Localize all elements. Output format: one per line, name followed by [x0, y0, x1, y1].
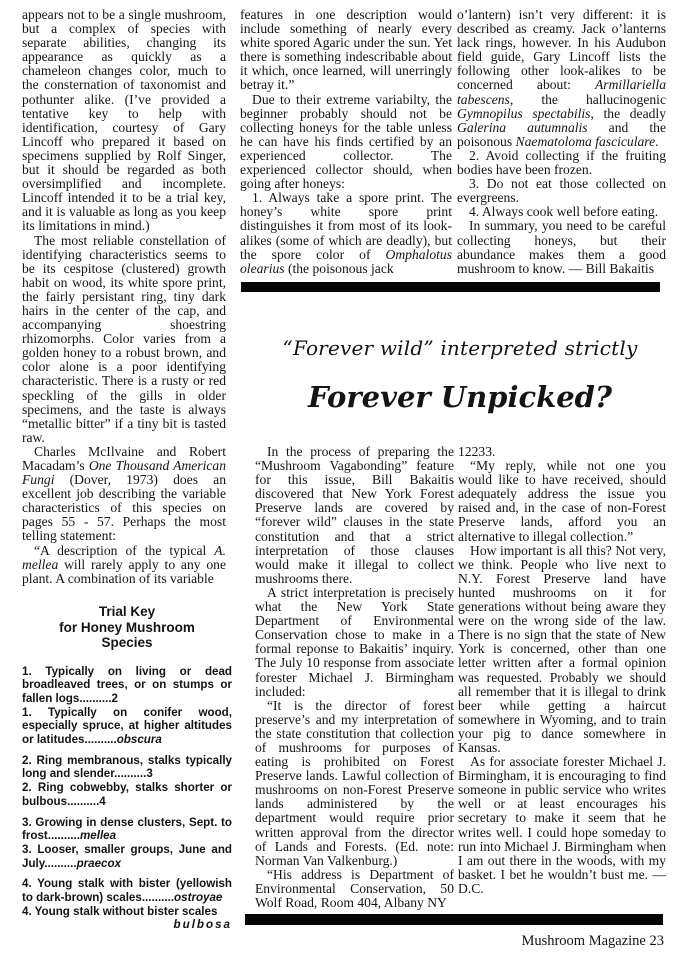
- trial-key-group: 3. Growing in dense clusters, Sept. to f…: [22, 816, 232, 871]
- paragraph: In summary, you need to be careful colle…: [457, 219, 666, 275]
- paragraph: “It is the director of forest preserve’s…: [255, 699, 454, 868]
- paragraph: A strict interpretation is precisely wha…: [255, 586, 454, 699]
- article-kicker: “Forever wild” interpreted strictly: [240, 336, 680, 360]
- article1-column-1: appears not to be a single mushroom, but…: [22, 8, 226, 586]
- footer-divider-bar: [245, 914, 663, 925]
- trial-key-item: 1. Typically on living or dead broadleav…: [22, 665, 232, 706]
- trial-key-item: 3. Growing in dense clusters, Sept. to f…: [22, 816, 232, 843]
- trial-key-item: 2. Ring membranous, stalks typically lon…: [22, 754, 232, 781]
- trial-key-result: 4: [99, 795, 105, 808]
- article2-column-1: In the process of preparing the “Mushroo…: [255, 445, 454, 910]
- page-footer: Mushroom Magazine 23: [521, 933, 664, 950]
- section-divider-bar: [241, 282, 660, 292]
- trial-key-list: 1. Typically on living or dead broadleav…: [22, 665, 232, 933]
- trial-key-result: mellea: [80, 829, 116, 842]
- article1-column-3: o’lantern) isn’t very different: it is d…: [457, 8, 666, 276]
- trial-key-box: Trial Key for Honey Mushroom Species 1. …: [22, 604, 232, 939]
- paragraph: 1. Always take a spore print. The honey’…: [240, 191, 452, 276]
- trial-key-result: bulbosa: [22, 918, 232, 932]
- trial-key-title-line: Species: [22, 635, 232, 651]
- article-headline: Forever Unpicked?: [240, 380, 680, 414]
- paragraph: features in one description would includ…: [240, 8, 452, 93]
- trial-key-result: 2: [112, 692, 118, 705]
- paragraph: “My reply, while not one you would like …: [458, 459, 666, 544]
- trial-key-group: 2. Ring membranous, stalks typically lon…: [22, 754, 232, 809]
- article2-column-2: 12233.“My reply, while not one you would…: [458, 445, 666, 896]
- paragraph: In the process of preparing the “Mushroo…: [255, 445, 454, 586]
- trial-key-title: Trial Key for Honey Mushroom Species: [22, 604, 232, 651]
- trial-key-title-line: for Honey Mushroom: [22, 620, 232, 636]
- trial-key-group: 4. Young stalk with bister (yellowish to…: [22, 877, 232, 932]
- trial-key-item: 3. Looser, smaller groups, June and July…: [22, 843, 232, 870]
- trial-key-item: 1. Typically on conifer wood, especially…: [22, 706, 232, 747]
- trial-key-result: 3: [146, 767, 152, 780]
- paragraph: As for associate forester Michael J. Bir…: [458, 755, 666, 896]
- trial-key-item: 2. Ring cobwebby, stalks shorter or bulb…: [22, 781, 232, 808]
- paragraph: Charles McIlvaine and Robert Macadam’s O…: [22, 445, 226, 544]
- paragraph: Due to their extreme variabilty, the beg…: [240, 93, 452, 192]
- paragraph: 4. Always cook well before eating.: [457, 205, 666, 219]
- paragraph: “A description of the typical A. mellea …: [22, 544, 226, 586]
- article1-column-2: features in one description would includ…: [240, 8, 452, 276]
- trial-key-text: 4. Young stalk without bister scales: [22, 905, 217, 918]
- trial-key-text: 2. Ring membranous, stalks typically lon…: [22, 754, 232, 781]
- trial-key-item: 4. Young stalk with bister (yellowish to…: [22, 877, 232, 904]
- paragraph: “His address is Department of Environmen…: [255, 868, 454, 910]
- trial-key-text: 1. Typically on living or dead broadleav…: [22, 665, 232, 705]
- trial-key-item: 4. Young stalk without bister scalesbulb…: [22, 905, 232, 932]
- trial-key-result: praecox: [77, 857, 121, 870]
- trial-key-text: 2. Ring cobwebby, stalks shorter or bulb…: [22, 781, 232, 808]
- trial-key-text: 3. Looser, smaller groups, June and July…: [22, 843, 232, 870]
- trial-key-result: obscura: [117, 733, 162, 746]
- paragraph: 12233.: [458, 445, 666, 459]
- paragraph: o’lantern) isn’t very different: it is d…: [457, 8, 666, 149]
- paragraph: appears not to be a single mushroom, but…: [22, 8, 226, 234]
- paragraph: How important is all this? Not very, we …: [458, 544, 666, 755]
- trial-key-text: 3. Growing in dense clusters, Sept. to f…: [22, 816, 232, 843]
- paragraph: 3. Do not eat those collected on evergre…: [457, 177, 666, 205]
- trial-key-result: ostroyae: [174, 891, 222, 904]
- paragraph: The most reliable constellation of ident…: [22, 234, 226, 445]
- paragraph: 2. Avoid collecting if the fruiting bodi…: [457, 149, 666, 177]
- trial-key-group: 1. Typically on living or dead broadleav…: [22, 665, 232, 747]
- trial-key-title-line: Trial Key: [22, 604, 232, 620]
